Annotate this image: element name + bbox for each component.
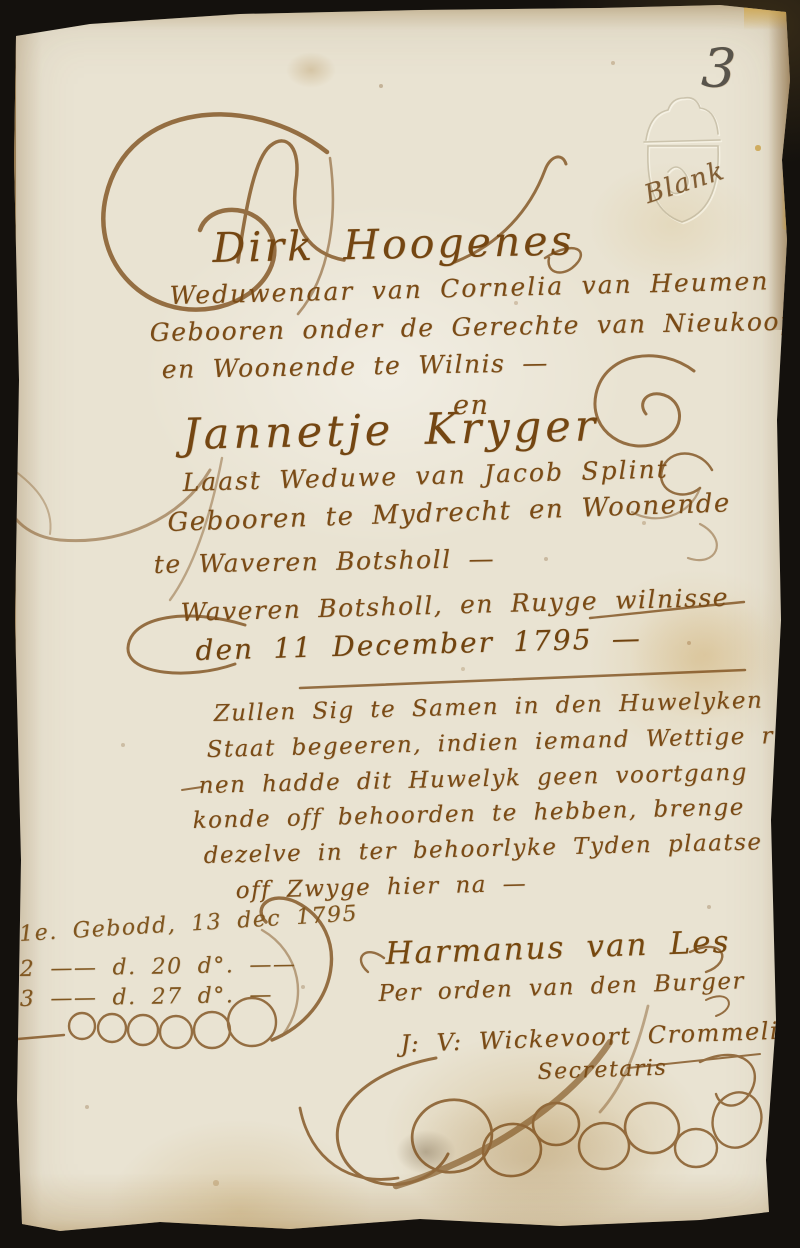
official-signature: Harmanus van Les <box>385 924 731 972</box>
proclamation-line: dezelve in ter behoorlyke Tyden plaatse <box>203 829 762 869</box>
bride-origin-line: Gebooren te Mydrecht en Woonende <box>167 488 731 538</box>
stamp-duty-note: Blank <box>641 156 729 210</box>
venue-line: Waveren Botsholl, en Ruyge wilnisse <box>180 583 729 627</box>
proclamation-line: Staat begeeren, indien iemand Wettige re… <box>206 722 800 763</box>
manuscript-photo: 3 Blank Dirk Hoogenes Weduwenaar van Cor… <box>0 0 800 1248</box>
gilt-edge-top <box>744 0 790 30</box>
bride-status-line: Laast Weduwe van Jacob Splint <box>182 454 669 497</box>
secretary-signature: J: V: Wickevoort Crommelin <box>400 1016 796 1058</box>
proclamation-line: nen hadde dit Huwelyk geen voortgang <box>198 760 748 799</box>
gilt-edge-side <box>781 170 790 230</box>
banns-entry: 1e. Gebodd, 13 dec 1795 <box>18 901 358 947</box>
paper-stain <box>286 52 336 88</box>
paper-stain <box>396 1130 456 1174</box>
page-number: 3 <box>700 36 738 101</box>
bride-residence-line: te Waveren Botsholl — <box>153 544 495 579</box>
date-line: den 11 December 1795 — <box>195 622 642 667</box>
groom-residence-line: en Woonende te Wilnis — <box>161 348 549 384</box>
authority-line: Per orden van den Burger <box>378 968 745 1007</box>
proclamation-line: konde off behoorden te hebben, brenge <box>192 795 745 834</box>
paper-speckles <box>0 0 2 2</box>
banns-entry: 2 —— d. 20 d°. —— <box>20 952 297 982</box>
bride-name-heading: Jannetje Kryger <box>182 401 600 460</box>
paper-stain <box>400 1090 660 1230</box>
proclamation-line: off Zwyge hier na — <box>235 871 527 904</box>
page-gutter-edge <box>13 28 16 1220</box>
secretary-title: Secretaris <box>537 1055 668 1085</box>
proclamation-line: Zullen Sig te Samen in den Huwelyken <box>213 688 763 727</box>
banns-entry: 3 —— d. 27 d°. — <box>20 983 274 1012</box>
groom-name-heading: Dirk Hoogenes <box>212 216 575 272</box>
groom-status-line: Weduwenaar van Cornelia van Heumen <box>169 266 769 310</box>
manuscript-page: 3 Blank Dirk Hoogenes Weduwenaar van Cor… <box>0 0 800 1248</box>
groom-origin-line: Gebooren onder de Gerechte van Nieukoop. <box>149 307 800 347</box>
